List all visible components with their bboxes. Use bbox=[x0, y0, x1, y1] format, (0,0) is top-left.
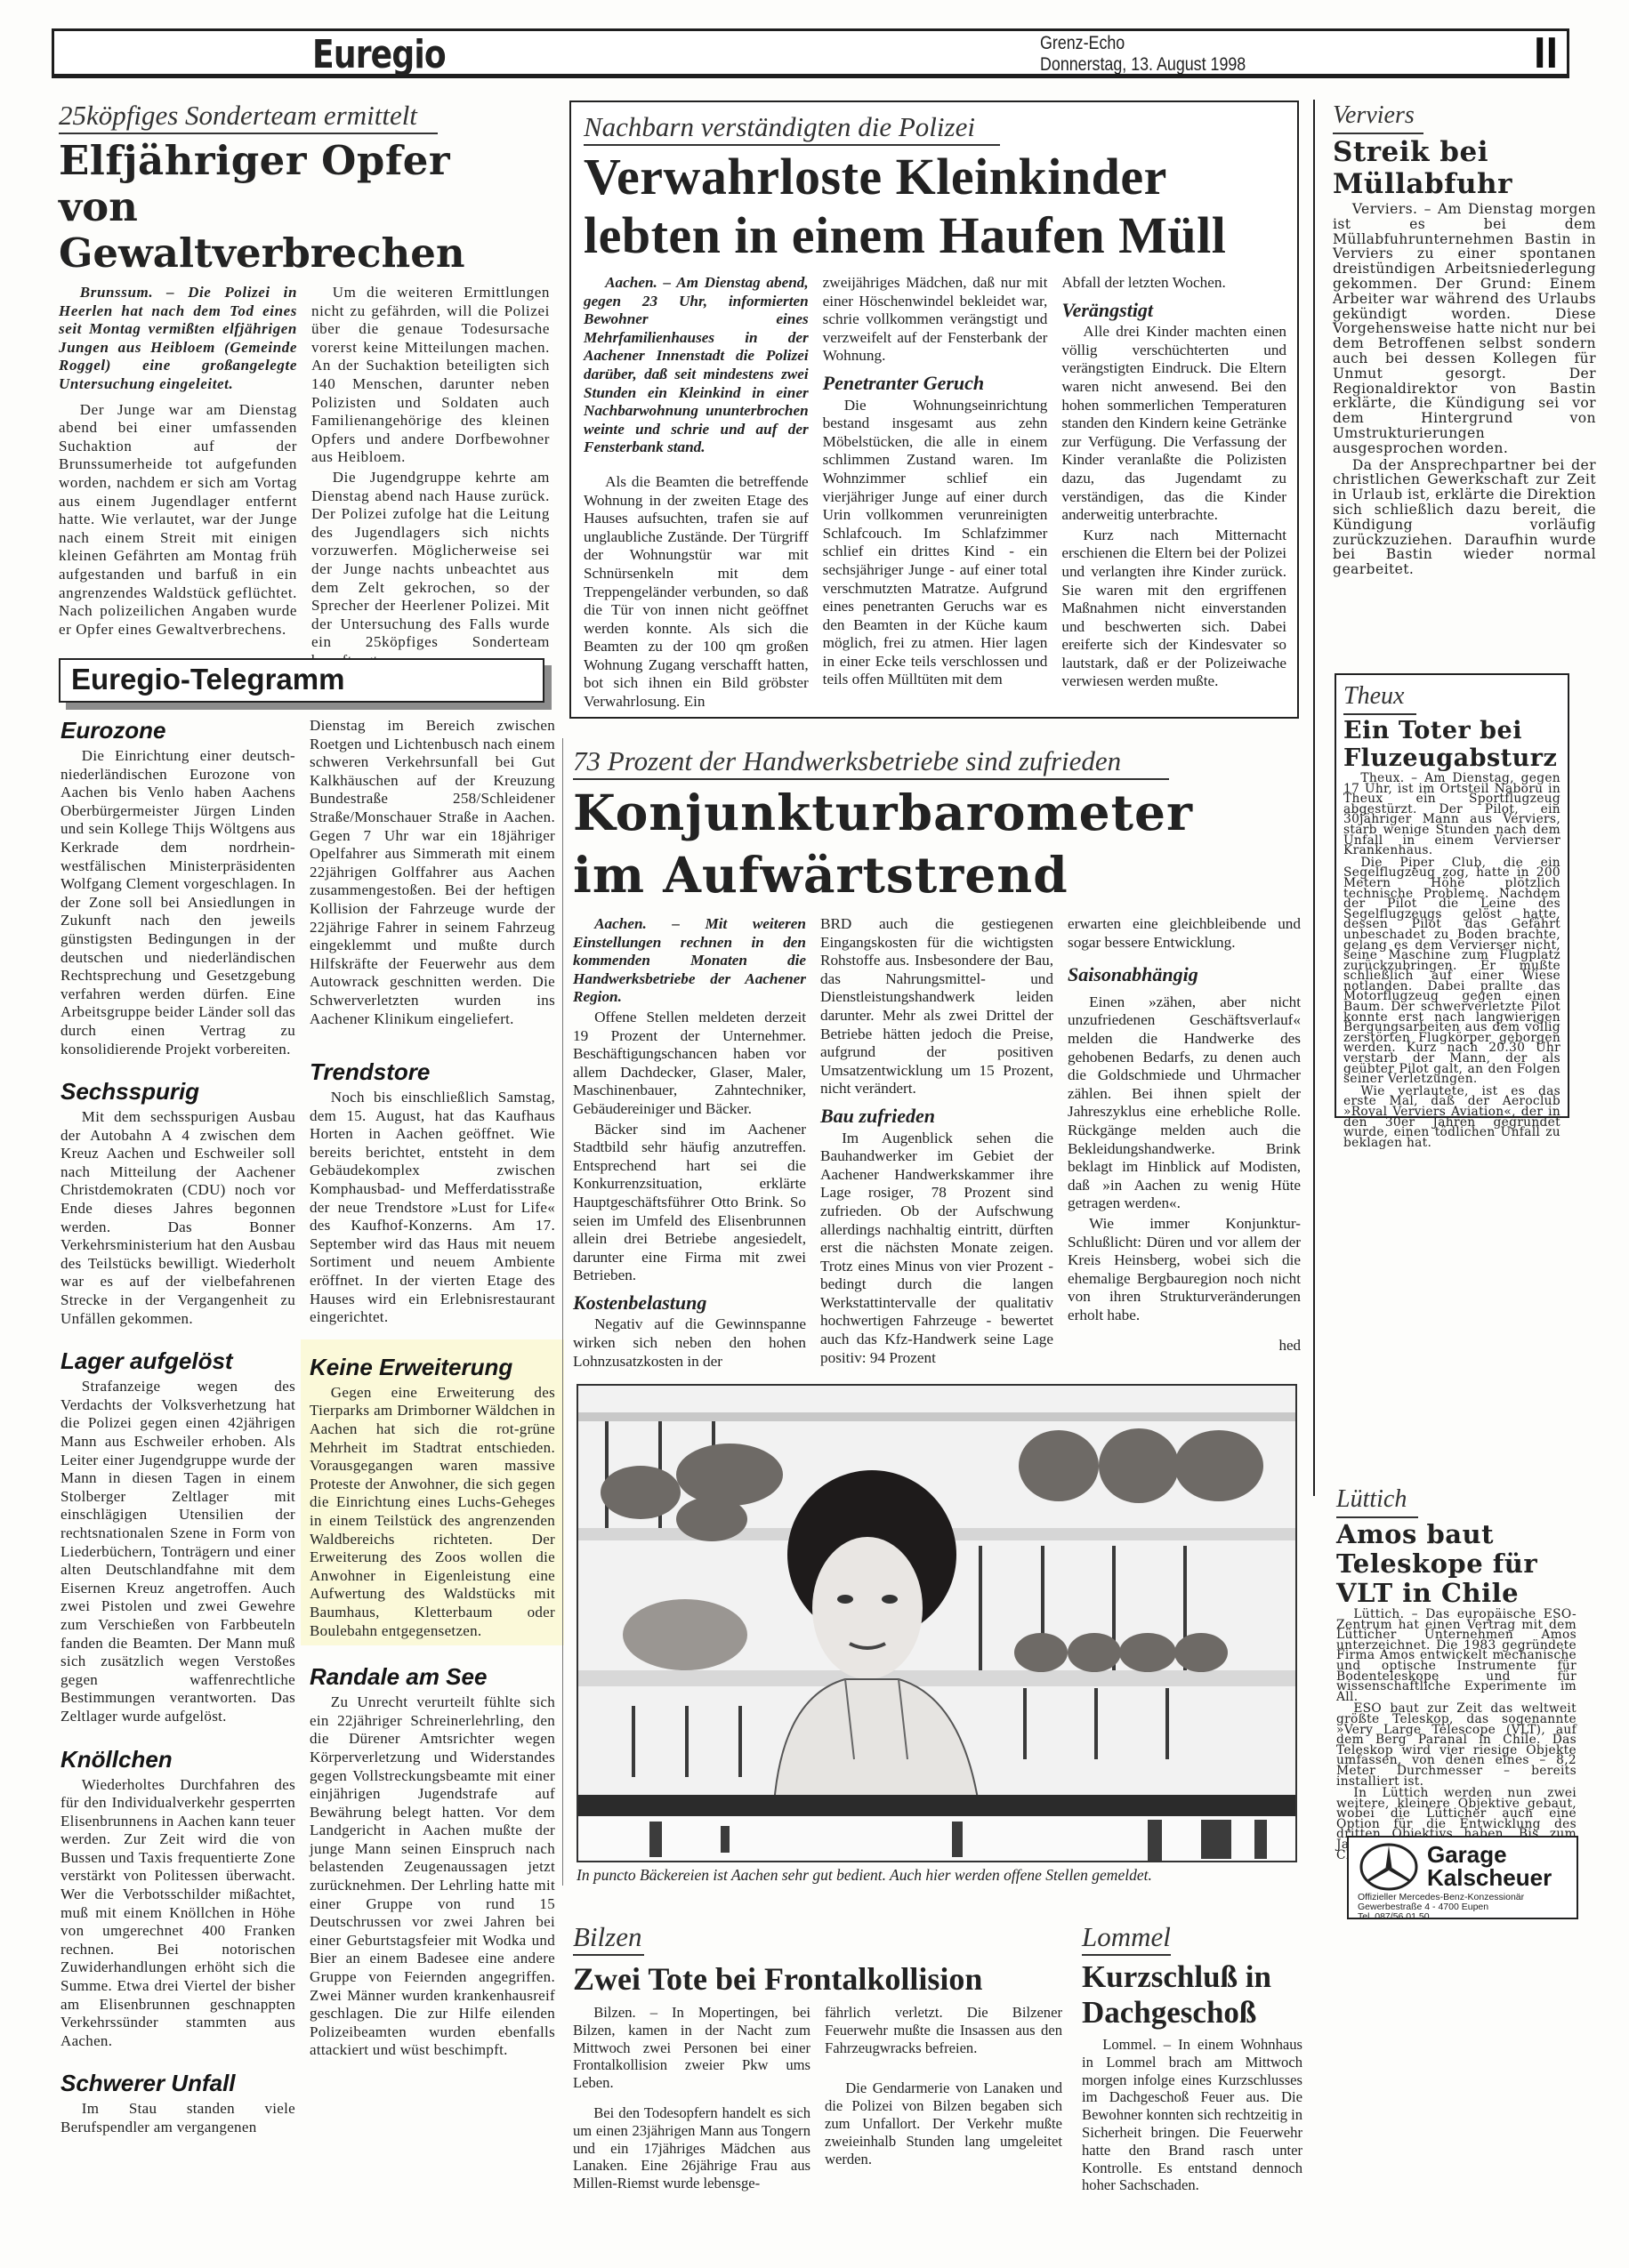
article-paragraph: Der Junge war am Dienstag abend bei eine… bbox=[59, 401, 297, 639]
headline-line: VLT in Chile bbox=[1336, 1579, 1577, 1608]
article-theux: Theux Ein Toter bei Fluzeugabsturz Theux… bbox=[1335, 673, 1569, 1118]
ad-name-line: Kalscheuer bbox=[1427, 1866, 1552, 1889]
article-paragraph: Alle drei Kinder machten einen völlig ve… bbox=[1061, 323, 1286, 525]
article-headline: Verwahrloste Kleinkinder lebten in einem… bbox=[584, 148, 1286, 265]
headline-line: Kurzschluß in bbox=[1082, 1959, 1302, 1995]
telegramm-item-title: Randale am See bbox=[310, 1663, 555, 1691]
article-headline: Streik bei Müllabfuhr bbox=[1333, 136, 1596, 200]
article-paragraph: Da der Ansprechpartner bei der christlic… bbox=[1333, 458, 1596, 577]
article-paragraph: Lommel. – In einem Wohnhaus in Lommel br… bbox=[1082, 2036, 1302, 2194]
article-kicker: Lüttich bbox=[1336, 1484, 1418, 1518]
telegramm-column-left: Eurozone Die Einrichtung einer deutsch-n… bbox=[60, 717, 295, 2137]
telegramm-item-title: Trendstore bbox=[310, 1058, 555, 1086]
article-subhead: Saisonabhängig bbox=[1068, 966, 1301, 985]
article-kicker: Theux bbox=[1343, 680, 1416, 715]
article-paragraph: Wie verlautete, ist es das erste Mal, da… bbox=[1343, 1087, 1560, 1149]
telegramm-item-text: Gegen eine Erweiterung des Tierparks am … bbox=[310, 1384, 555, 1640]
article-paragraph: Die Wohnungseinrichtung bestand insgesam… bbox=[823, 397, 1048, 690]
masthead: Euregio Grenz-Echo Donnerstag, 13. Augus… bbox=[52, 28, 1569, 78]
paper-name: Grenz-Echo bbox=[1040, 33, 1246, 54]
article-kleinkinder: Nachbarn verständigten die Polizei Verwa… bbox=[569, 101, 1299, 719]
article-paragraph: Wie immer Konjunktur-Schlußlicht: Düren … bbox=[1068, 1215, 1301, 1325]
bakery-photo-image bbox=[578, 1386, 1297, 1862]
article-paragraph: Negativ auf die Gewinnspanne wirken sich… bbox=[573, 1315, 806, 1371]
headline-line: lebten in einem Haufen Müll bbox=[584, 206, 1286, 265]
headline-line: im Aufwärtstrend bbox=[573, 844, 1301, 906]
photo-caption: In puncto Bäckereien ist Aachen sehr gut… bbox=[577, 1866, 1299, 1885]
article-luettich: Lüttich Amos baut Teleskope für VLT in C… bbox=[1336, 1484, 1577, 1861]
telegramm-item-highlighted: Keine Erweiterung Gegen eine Erweiterung… bbox=[301, 1339, 564, 1645]
telegramm-item-text: Mit dem sechsspurigen Ausbau der Autobah… bbox=[60, 1108, 295, 1328]
article-paragraph: erwarten eine gleichbleibende und sogar … bbox=[1068, 915, 1301, 952]
article-lead: Brunssum. – Die Polizei in Heerlen hat n… bbox=[59, 284, 297, 394]
article-lead: Aachen. – Mit weiteren Einstellungen rec… bbox=[573, 915, 806, 1007]
paper-info: Grenz-Echo Donnerstag, 13. August 1998 bbox=[1040, 33, 1246, 76]
article-kicker: Lommel bbox=[1082, 1921, 1171, 1956]
headline-line: von Gewaltverbrechen bbox=[59, 184, 550, 277]
headline-line: Ein Toter bei bbox=[1343, 717, 1560, 744]
article-paragraph: Abfall der letzten Wochen. bbox=[1061, 274, 1286, 293]
article-kicker: Bilzen bbox=[573, 1921, 644, 1956]
article-subhead: Bau zufrieden bbox=[820, 1107, 1053, 1126]
article-author: hed bbox=[1068, 1337, 1301, 1355]
article-paragraph: Die Gendarmerie von Lanaken und die Poli… bbox=[825, 2079, 1062, 2167]
article-headline: Amos baut Teleskope für VLT in Chile bbox=[1336, 1520, 1577, 1608]
headline-line: Teleskope für bbox=[1336, 1549, 1577, 1579]
mercedes-star-icon bbox=[1358, 1841, 1420, 1894]
article-paragraph: Bäcker sind im Aachener Stadtbild sehr h… bbox=[573, 1121, 806, 1285]
article-headline: Kurzschluß in Dachgeschoß bbox=[1082, 1959, 1302, 2031]
ad-phone: Tel. 087/56 01 50 bbox=[1358, 1912, 1524, 1922]
article-lommel: Lommel Kurzschluß in Dachgeschoß Lommel.… bbox=[1082, 1921, 1302, 2194]
article-paragraph: fährlich verletzt. Die Bilzener Feuerweh… bbox=[825, 2004, 1062, 2056]
telegramm-title: Euregio-Telegramm bbox=[71, 663, 344, 696]
article-konjunktur: 73 Prozent der Handwerksbetriebe sind zu… bbox=[573, 745, 1301, 1371]
ad-name: Garage Kalscheuer bbox=[1427, 1843, 1552, 1889]
article-paragraph: Theux. – Am Dienstag, gegen 17 Uhr, ist … bbox=[1343, 774, 1560, 857]
article-kicker: 73 Prozent der Handwerksbetriebe sind zu… bbox=[573, 745, 1169, 780]
headline-line: Konjunkturbarometer bbox=[573, 782, 1301, 844]
article-subhead: Verängstigt bbox=[1061, 302, 1286, 320]
column-rule bbox=[1313, 100, 1315, 1496]
article-paragraph: ESO baut zur Zeit das weltweit größte Te… bbox=[1336, 1704, 1577, 1787]
article-verviers: Verviers Streik bei Müllabfuhr Verviers.… bbox=[1333, 100, 1596, 577]
issue-date: Donnerstag, 13. August 1998 bbox=[1040, 54, 1246, 76]
telegramm-item-text: Strafanzeige wegen des Verdachts der Vol… bbox=[60, 1378, 295, 1725]
article-paragraph: BRD auch die gestiegenen Eingangskosten … bbox=[820, 915, 1053, 1098]
telegramm-item-title: Schwerer Unfall bbox=[60, 2070, 295, 2097]
telegramm-item-title: Keine Erweiterung bbox=[310, 1354, 555, 1381]
headline-line: Müllabfuhr bbox=[1333, 168, 1596, 200]
article-paragraph: Die Piper Club, die ein Segelflugzeug zo… bbox=[1343, 858, 1560, 1085]
headline-line: Verwahrloste Kleinkinder bbox=[584, 148, 1286, 206]
telegramm-item-title: Knöllchen bbox=[60, 1746, 295, 1773]
telegramm-item-title: Sechsspurig bbox=[60, 1078, 295, 1106]
article-paragraph: Offene Stellen meldeten derzeit 19 Proze… bbox=[573, 1009, 806, 1119]
headline-line: Dachgeschoß bbox=[1082, 1995, 1302, 2031]
headline-line: Elfjähriger Opfer bbox=[59, 138, 550, 184]
article-paragraph: Um die weiteren Ermittlungen nicht zu ge… bbox=[311, 284, 550, 467]
article-kicker: Nachbarn verständigten die Polizei bbox=[584, 111, 1000, 146]
ad-details: Offizieller Mercedes-Benz-Konzessionär G… bbox=[1358, 1893, 1524, 1922]
article-elfjaehriger: 25köpfiges Sonderteam ermittelt Elfjähri… bbox=[59, 100, 550, 670]
telegramm-header: Euregio-Telegramm bbox=[59, 658, 544, 703]
article-kicker: Verviers bbox=[1333, 100, 1423, 134]
bakery-photo bbox=[577, 1384, 1297, 1862]
telegramm-item-text: Dienstag im Bereich zwischen Roetgen und… bbox=[310, 717, 555, 1028]
headline-line: Amos baut bbox=[1336, 1520, 1577, 1549]
ad-name-line: Garage bbox=[1427, 1843, 1552, 1866]
article-paragraph: zweijähriges Mädchen, daß nur mit einer … bbox=[823, 274, 1048, 366]
telegramm-item-title: Eurozone bbox=[60, 717, 295, 744]
article-headline: Zwei Tote bei Frontalkollision bbox=[573, 1959, 1062, 1999]
article-subhead: Penetranter Geruch bbox=[823, 374, 1048, 393]
article-bilzen: Bilzen Zwei Tote bei Frontalkollision Bi… bbox=[573, 1921, 1062, 2192]
article-kicker: 25köpfiges Sonderteam ermittelt bbox=[59, 100, 438, 134]
telegramm-item-text: Noch bis einschließlich Samstag, dem 15.… bbox=[310, 1089, 555, 1327]
article-subhead: Kostenbelastung bbox=[573, 1294, 806, 1313]
page-number: II bbox=[1534, 31, 1558, 76]
article-lead: Aachen. – Am Dienstag abend, gegen 23 Uh… bbox=[584, 274, 809, 457]
article-paragraph: Lüttich. – Das europäische ESO-Zentrum h… bbox=[1336, 1610, 1577, 1702]
article-paragraph: Einen »zähen, aber nicht unzufriedenen G… bbox=[1068, 993, 1301, 1213]
telegramm-item-text: Die Einrichtung einer deutsch-niederländ… bbox=[60, 747, 295, 1058]
column-rule bbox=[562, 738, 563, 1886]
telegramm-item-text: Im Stau standen viele Berufspendler am v… bbox=[60, 2100, 295, 2136]
telegramm-column-right: Dienstag im Bereich zwischen Roetgen und… bbox=[310, 717, 555, 2060]
section-title: Euregio bbox=[312, 33, 446, 77]
article-paragraph: Als die Beamten die betreffende Wohnung … bbox=[584, 473, 809, 712]
article-paragraph: Bei den Todesopfern handelt es sich um e… bbox=[573, 2104, 810, 2192]
article-paragraph: Bilzen. – In Mopertingen, bei Bilzen, ka… bbox=[573, 2004, 810, 2092]
headline-line: Streik bei bbox=[1333, 136, 1596, 168]
article-headline: Ein Toter bei Fluzeugabsturz bbox=[1343, 717, 1560, 772]
advertisement-garage-kalscheuer: Garage Kalscheuer Offizieller Mercedes-B… bbox=[1347, 1836, 1578, 1919]
article-paragraph: Verviers. – Am Dienstag morgen ist es be… bbox=[1333, 202, 1596, 456]
telegramm-item-text: Zu Unrecht verurteilt fühlte sich ein 22… bbox=[310, 1693, 555, 2060]
article-paragraph: Kurz nach Mitternacht erschienen die Elt… bbox=[1061, 527, 1286, 691]
article-paragraph: Im Augenblick sehen die Bauhandwerker im… bbox=[820, 1130, 1053, 1368]
article-headline: Elfjähriger Opfer von Gewaltverbrechen bbox=[59, 138, 550, 277]
article-headline: Konjunkturbarometer im Aufwärtstrend bbox=[573, 782, 1301, 906]
telegramm-item-title: Lager aufgelöst bbox=[60, 1347, 295, 1375]
headline-line: Fluzeugabsturz bbox=[1343, 744, 1560, 772]
article-paragraph: Die Jugendgruppe kehrte am Dienstag aben… bbox=[311, 469, 550, 671]
telegramm-item-text: Wiederholtes Durchfahren des für den Ind… bbox=[60, 1776, 295, 2051]
